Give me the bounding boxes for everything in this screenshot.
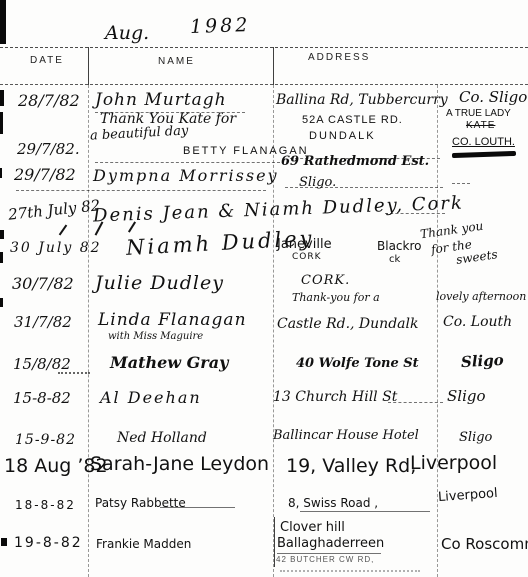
entry-12-address2: Ballaghaderreen — [277, 537, 384, 550]
entry-8-date: 15-8-82 — [13, 391, 71, 406]
scan-artifact — [0, 112, 3, 134]
entry-6-address: Castle Rd., Dundalk — [277, 317, 418, 331]
entry-11-date: 18-8-82 — [15, 499, 76, 511]
entry-1-margin2: KATE — [466, 121, 495, 131]
entry-5-name: Julie Dudley — [95, 274, 224, 293]
date-column-line — [88, 85, 89, 577]
entry-1-address1: 52A CASTLE RD. — [302, 115, 403, 126]
scan-artifact — [0, 298, 3, 307]
entry-0-name: John Murtagh — [95, 92, 227, 109]
entry-4-address4: ck — [389, 255, 400, 265]
entry-9-margin: Sligo — [459, 431, 492, 444]
entry-11-address: 8, Swiss Road , — [288, 497, 378, 509]
col-header-address: ADDRESS — [308, 53, 370, 63]
scan-artifact — [0, 252, 3, 263]
entry-1-margin1: A TRUE LADY — [446, 109, 511, 119]
underline — [385, 213, 445, 214]
entry-0-margin: Co. Sligo — [459, 90, 527, 105]
entry-4-margin1: Thank you — [419, 220, 483, 241]
entry-7-name: Mathew Gray — [110, 355, 228, 371]
entry-6-companion: with Miss Maguire — [108, 332, 203, 342]
entry-0-date: 28/7/82 — [18, 93, 80, 109]
entry-5-margin: lovely afternoon — [436, 291, 526, 302]
entry-7-date: 15/8/82 — [13, 357, 71, 372]
underline — [277, 553, 381, 554]
entry-5-date: 30/7/82 — [12, 276, 74, 292]
year-label: 1982 — [190, 16, 251, 37]
entry-10-address: 19, Valley Rd, — [286, 457, 416, 476]
entry-11-margin: Liverpool — [438, 487, 498, 504]
scribble-mark — [452, 151, 516, 158]
entry-12-date: 19-8-82 — [14, 536, 83, 550]
entry-9-address: Ballincar House Hotel — [273, 429, 419, 442]
underline — [452, 183, 470, 184]
entry-5-address1: CORK. — [301, 274, 350, 287]
entry-12-margin: Co Roscommon — [441, 537, 528, 552]
entry-4-address2: CORK — [292, 253, 322, 262]
entry-7-margin: Sligo — [461, 353, 504, 370]
scan-artifact — [0, 168, 2, 178]
entry-0-address: Ballina Rd, Tubbercurry — [276, 93, 448, 107]
underline — [160, 507, 235, 508]
entry-3-date: 27th July 82 — [7, 198, 100, 223]
entry-8-name: Al Deehan — [100, 390, 202, 406]
entry-6-name: Linda Flanagan — [98, 312, 247, 329]
entry-6-margin: Co. Louth — [443, 315, 512, 329]
entry-4-address1: Janeville — [277, 238, 332, 251]
entry-7-address: 40 Wolfe Tone St — [296, 357, 419, 370]
ink-stroke — [59, 225, 68, 236]
entry-12-name: Frankie Madden — [96, 538, 191, 550]
underline — [300, 511, 430, 512]
date-name-divider — [88, 47, 89, 85]
col-header-date: DATE — [30, 56, 64, 66]
scan-artifact — [0, 0, 6, 44]
entry-1-date: 29/7/82. — [17, 142, 80, 157]
entry-2-date: 29/7/82 — [14, 167, 76, 183]
entry-8-margin: Sligo — [447, 389, 486, 404]
scan-artifact — [1, 538, 7, 546]
entry-5-address2: Thank-you for a — [292, 292, 380, 303]
title-rule — [0, 47, 528, 48]
underline — [16, 190, 266, 191]
entry-2-address1: 69 Rathedmond Est. — [281, 155, 429, 168]
entry-3-name: Denis Jean & Niamh Dudley, Cork — [93, 195, 464, 226]
leader-dots — [58, 372, 90, 374]
address-box-line — [274, 517, 275, 567]
address-column-line — [273, 85, 274, 577]
leader-line — [388, 402, 443, 403]
entry-10-name: Sarah-Jane Leydon — [90, 455, 269, 474]
entry-4-address3: Blackro — [377, 240, 421, 252]
guestbook-scan: DATE NAME ADDRESS Aug. 1982 28/7/82 John… — [0, 0, 528, 577]
scan-artifact — [0, 230, 4, 239]
underline — [95, 162, 280, 163]
name-address-divider — [273, 47, 274, 85]
entry-1-note2: a beautiful day — [90, 124, 189, 142]
entry-9-date: 15-9-82 — [15, 433, 76, 447]
entry-1-address2: DUNDALK — [309, 131, 376, 142]
header-rule-bottom — [0, 84, 528, 85]
entry-12-address3: 42 BUTCHER CW RD, — [276, 556, 374, 564]
entry-9-name: Ned Holland — [117, 431, 207, 445]
entry-4-date: 30 July 82 — [10, 241, 102, 255]
col-header-name: NAME — [158, 57, 195, 67]
entry-10-margin: Liverpool — [410, 454, 497, 473]
entry-12-address1: Clover hill — [280, 521, 345, 534]
faint-scribble — [280, 570, 420, 572]
entry-6-date: 31/7/82 — [14, 315, 72, 330]
scan-artifact — [0, 90, 4, 106]
entry-8-address: 13 Church Hill St — [273, 390, 397, 404]
month-label: Aug. — [105, 24, 149, 43]
entry-1-margin3: Co. LOUTH. — [452, 137, 515, 148]
underline — [285, 187, 443, 188]
entry-2-name: Dympna Morrissey — [93, 168, 279, 184]
